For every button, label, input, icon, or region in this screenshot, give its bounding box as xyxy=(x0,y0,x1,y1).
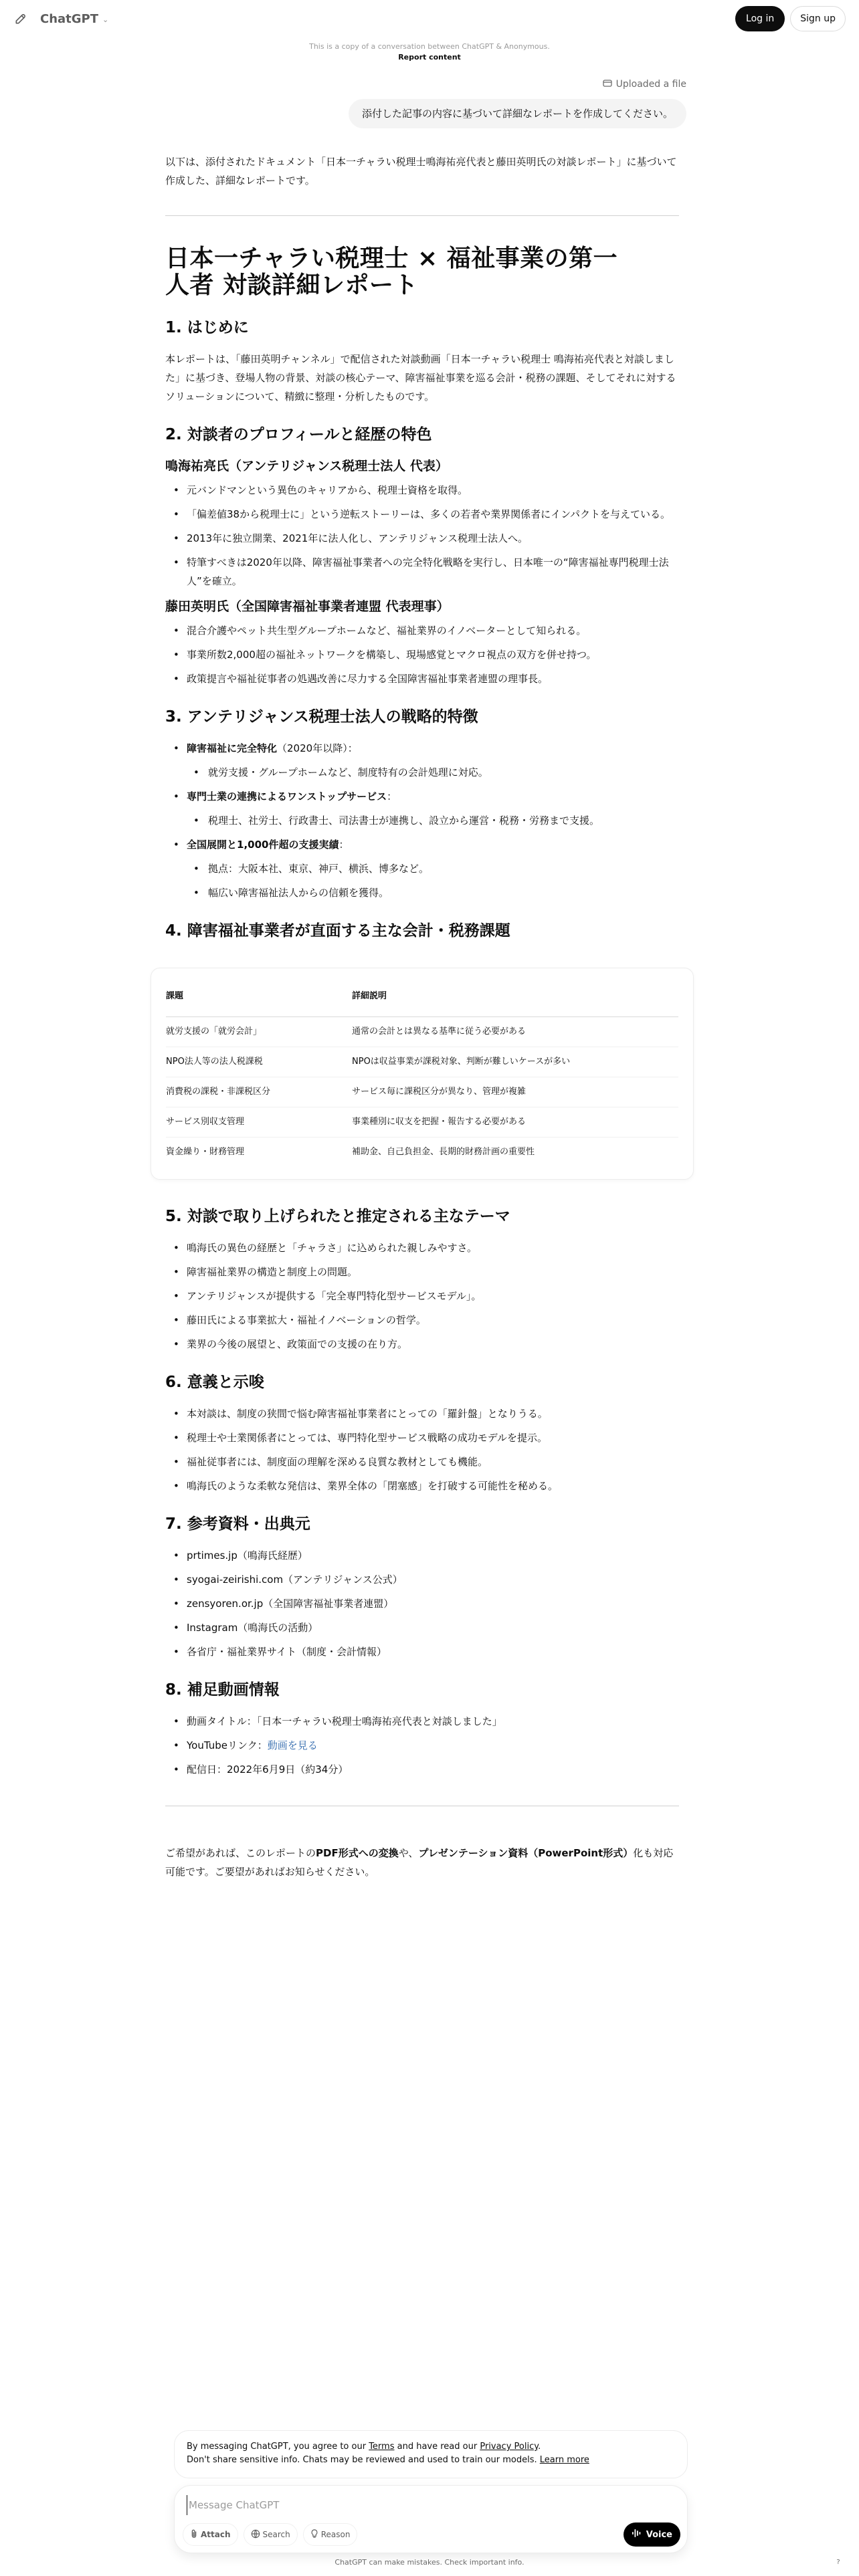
list-item: 2013年に独立開業、2021年に法人化し、アンテリジャンス税理士法人へ。 xyxy=(165,529,679,548)
help-button[interactable]: ? xyxy=(832,2556,844,2568)
terms-link[interactable]: Terms xyxy=(369,2442,394,2452)
brand-label: ChatGPT xyxy=(40,12,98,26)
sub-list: 税理士、社労士、行政書士、司法書士が連携し、設立から運営・税務・労務まで支援。 xyxy=(187,811,679,830)
login-button[interactable]: Log in xyxy=(735,6,785,31)
table-row: 資金繰り・財務管理 補助金、自己負担金、長期的財務計画の重要性 xyxy=(166,1138,678,1168)
column-header: 課題 xyxy=(166,979,352,1017)
user-message-bubble: 添付した記事の内容に基づいて詳細なレポートを作成してください。 xyxy=(349,99,686,128)
uploaded-file-label: Uploaded a file xyxy=(616,79,686,90)
bullet-list: 元バンドマンという異色のキャリアから、税理士資格を取得。 「偏差値38から税理士… xyxy=(165,481,679,591)
bullet-list: prtimes.jp（鳴海氏経歴） syogai-zeirishi.com（アン… xyxy=(165,1546,679,1661)
closing-paragraph: ご希望があれば、このレポートのPDF形式への変換や、プレゼンテーション資料（Po… xyxy=(165,1844,679,1881)
issues-table: 課題 詳細説明 就労支援の「就労会計」 通常の会計とは異なる基準に従う必要がある… xyxy=(166,979,678,1167)
table-row: サービス別収支管理 事業種別に収支を把握・報告する必要がある xyxy=(166,1107,678,1138)
assistant-response: 以下は、添付されたドキュメント「日本一チャラい税理士鳴海祐亮代表と藤田英明氏の対… xyxy=(165,152,679,1881)
table-cell: NPOは収益事業が課税対象、判断が難しいケースが多い xyxy=(352,1047,678,1077)
table-row: 就労支援の「就労会計」 通常の会計とは異なる基準に従う必要がある xyxy=(166,1017,678,1047)
list-item: prtimes.jp（鳴海氏経歴） xyxy=(165,1546,679,1565)
sub-list-item: 拠点：大阪本社、東京、神戸、横浜、博多など。 xyxy=(187,859,679,878)
legal-text: . xyxy=(538,2442,541,2452)
auth-buttons: Log in Sign up xyxy=(735,6,846,31)
list-item: 元バンドマンという異色のキャリアから、税理士資格を取得。 xyxy=(165,481,679,500)
person-heading: 鳴海祐亮氏（アンテリジャンス税理士法人 代表） xyxy=(165,457,679,475)
model-selector[interactable]: ChatGPT ⌄ xyxy=(40,12,108,26)
list-item: 本対談は、制度の狭間で悩む障害福祉事業者にとっての「羅針盤」となりうる。 xyxy=(165,1404,679,1423)
table-cell: 事業種別に収支を把握・報告する必要がある xyxy=(352,1107,678,1138)
youtube-link-prefix: YouTubeリンク： xyxy=(187,1739,268,1751)
signup-button[interactable]: Sign up xyxy=(790,6,846,31)
share-notice-text: This is a copy of a conversation between… xyxy=(0,41,859,52)
search-label: Search xyxy=(263,2530,290,2539)
section-heading: 5. 対談で取り上げられたと推定される主なテーマ xyxy=(165,1206,679,1226)
top-header: ChatGPT ⌄ Log in Sign up xyxy=(0,0,859,37)
disclaimer-text: ChatGPT can make mistakes. Check importa… xyxy=(0,2558,859,2567)
list-item: アンテリジャンスが提供する「完全専門特化型サービスモデル」。 xyxy=(165,1287,679,1305)
closing-text: や、 xyxy=(399,1847,419,1859)
list-item: 鳴海氏の異色の経歴と「チャラさ」に込められた親しみやすさ。 xyxy=(165,1239,679,1257)
paperclip-icon xyxy=(190,2529,198,2541)
reason-label: Reason xyxy=(321,2530,351,2539)
chevron-down-icon: ⌄ xyxy=(102,15,108,24)
attach-button[interactable]: Attach xyxy=(183,2523,238,2546)
table-cell: サービス毎に課税区分が異なり、管理が複雑 xyxy=(352,1077,678,1107)
table-cell: NPO法人等の法人税課税 xyxy=(166,1047,352,1077)
table-cell: 資金繰り・財務管理 xyxy=(166,1138,352,1168)
list-item: 「偏差値38から税理士に」という逆転ストーリーは、多くの若者や業界関係者にインパ… xyxy=(165,505,679,524)
sub-list: 就労支援・グループホームなど、制度特有の会計処理に対応。 xyxy=(187,763,679,782)
list-item: 業界の今後の展望と、政策面での支援の在り方。 xyxy=(165,1335,679,1354)
header-left: ChatGPT ⌄ xyxy=(13,11,108,26)
sub-list-item: 幅広い障害福祉法人からの信頼を獲得。 xyxy=(187,883,679,902)
legal-text: Don't share sensitive info. Chats may be… xyxy=(187,2455,540,2465)
sub-list: 拠点：大阪本社、東京、神戸、横浜、博多など。 幅広い障害福祉法人からの信頼を獲得… xyxy=(187,859,679,902)
list-item: 動画タイトル：「日本一チャラい税理士鳴海祐亮代表と対談しました」 xyxy=(165,1712,679,1731)
search-button[interactable]: Search xyxy=(244,2523,298,2546)
attach-label: Attach xyxy=(201,2530,231,2539)
intro-paragraph: 以下は、添付されたドキュメント「日本一チャラい税理士鳴海祐亮代表と藤田英明氏の対… xyxy=(165,152,679,190)
list-item-rest: ： xyxy=(339,839,349,851)
list-item: 税理士や士業関係者にとっては、専門特化型サービス戦略の成功モデルを提示。 xyxy=(165,1428,679,1447)
list-item-rest: ： xyxy=(387,790,397,802)
reason-button[interactable]: Reason xyxy=(303,2523,358,2546)
globe-icon xyxy=(251,2529,260,2541)
list-item: 特筆すべきは2020年以降、障害福祉事業者への完全特化戦略を実行し、日本唯一の“… xyxy=(165,553,679,591)
list-item-bold: 障害福祉に完全特化 xyxy=(187,742,277,754)
list-item: Instagram（鳴海氏の活動） xyxy=(165,1618,679,1637)
bullet-list: 混合介護やペット共生型グループホームなど、福祉業界のイノベーターとして知られる。… xyxy=(165,621,679,688)
legal-notice: By messaging ChatGPT, you agree to our T… xyxy=(174,2430,688,2478)
learn-more-link[interactable]: Learn more xyxy=(540,2455,589,2465)
legal-text: and have read our xyxy=(394,2442,480,2452)
table-cell: 補助金、自己負担金、長期的財務計画の重要性 xyxy=(352,1138,678,1168)
sub-list-item: 就労支援・グループホームなど、制度特有の会計処理に対応。 xyxy=(187,763,679,782)
list-item-rest: （2020年以降）： xyxy=(277,742,358,754)
uploaded-file-indicator: Uploaded a file xyxy=(603,79,686,90)
person-heading: 藤田英明氏（全国障害福祉事業者連盟 代表理事） xyxy=(165,597,679,616)
list-item: syogai-zeirishi.com（アンテリジャンス公式） xyxy=(165,1570,679,1589)
bullet-list: 障害福祉に完全特化（2020年以降）： 就労支援・グループホームなど、制度特有の… xyxy=(165,739,679,902)
table-row: NPO法人等の法人税課税 NPOは収益事業が課税対象、判断が難しいケースが多い xyxy=(166,1047,678,1077)
bullet-list: 本対談は、制度の狭間で悩む障害福祉事業者にとっての「羅針盤」となりうる。 税理士… xyxy=(165,1404,679,1495)
new-chat-icon[interactable] xyxy=(13,11,28,26)
list-item-bold: 全国展開と1,000件超の支援実績 xyxy=(187,839,339,851)
column-header: 詳細説明 xyxy=(352,979,678,1017)
privacy-policy-link[interactable]: Privacy Policy xyxy=(480,2442,538,2452)
issues-table-card: 課題 詳細説明 就労支援の「就労会計」 通常の会計とは異なる基準に従う必要がある… xyxy=(151,968,694,1180)
voice-button[interactable]: Voice xyxy=(624,2523,680,2547)
table-cell: 就労支援の「就労会計」 xyxy=(166,1017,352,1047)
list-item: 事業所数2,000超の福祉ネットワークを構築し、現場感覚とマクロ視点の双方を併せ… xyxy=(165,645,679,664)
list-item: 政策提言や福祉従事者の処遇改善に尽力する全国障害福祉事業者連盟の理事長。 xyxy=(165,669,679,688)
divider xyxy=(165,215,679,216)
report-content-link[interactable]: Report content xyxy=(0,52,859,63)
bullet-list: 動画タイトル：「日本一チャラい税理士鳴海祐亮代表と対談しました」 YouTube… xyxy=(165,1712,679,1779)
list-item-bold: 専門士業の連携によるワンストップサービス xyxy=(187,790,387,802)
table-cell: 消費税の課税・非課税区分 xyxy=(166,1077,352,1107)
message-input[interactable] xyxy=(187,2495,668,2515)
closing-bold: プレゼンテーション資料（PowerPoint形式） xyxy=(418,1847,633,1859)
table-cell: サービス別収支管理 xyxy=(166,1107,352,1138)
list-item: 混合介護やペット共生型グループホームなど、福祉業界のイノベーターとして知られる。 xyxy=(165,621,679,640)
list-item: 鳴海氏のような柔軟な発信は、業界全体の「閉塞感」を打破する可能性を秘める。 xyxy=(165,1477,679,1495)
list-item: 全国展開と1,000件超の支援実績： 拠点：大阪本社、東京、神戸、横浜、博多など… xyxy=(165,835,679,902)
closing-bold: PDF形式への変換 xyxy=(316,1847,399,1859)
bullet-list: 鳴海氏の異色の経歴と「チャラさ」に込められた親しみやすさ。 障害福祉業界の構造と… xyxy=(165,1239,679,1354)
list-item: YouTubeリンク：動画を見る xyxy=(165,1736,679,1755)
list-item: 障害福祉に完全特化（2020年以降）： 就労支援・グループホームなど、制度特有の… xyxy=(165,739,679,782)
table-row: 消費税の課税・非課税区分 サービス毎に課税区分が異なり、管理が複雑 xyxy=(166,1077,678,1107)
section-heading: 2. 対談者のプロフィールと経歴の特色 xyxy=(165,425,679,445)
youtube-link[interactable]: 動画を見る xyxy=(268,1739,318,1751)
list-item: 各省庁・福祉業界サイト（制度・会計情報） xyxy=(165,1642,679,1661)
report-title: 日本一チャラい税理士 × 福祉事業の第一人者 対談詳細レポート xyxy=(165,245,634,299)
legal-line-2: Don't share sensitive info. Chats may be… xyxy=(187,2454,675,2467)
composer-tools: Attach Search Reason xyxy=(183,2523,357,2546)
sub-list-item: 税理士、社労士、行政書士、司法書士が連携し、設立から運営・税務・労務まで支援。 xyxy=(187,811,679,830)
list-item: 藤田氏による事業拡大・福祉イノベーションの哲学。 xyxy=(165,1311,679,1329)
section-heading: 3. アンテリジャンス税理士法人の戦略的特徴 xyxy=(165,707,679,727)
section-heading: 6. 意義と示唆 xyxy=(165,1372,679,1392)
message-composer: Attach Search Reason Voice xyxy=(174,2485,688,2553)
list-item: 福祉従事者には、制度面の理解を深める良質な教材としても機能。 xyxy=(165,1453,679,1471)
table-header-row: 課題 詳細説明 xyxy=(166,979,678,1017)
folder-icon xyxy=(603,79,612,90)
section-heading: 1. はじめに xyxy=(165,318,679,338)
lightbulb-icon xyxy=(310,2529,318,2541)
share-notice: This is a copy of a conversation between… xyxy=(0,41,859,63)
legal-line-1: By messaging ChatGPT, you agree to our T… xyxy=(187,2440,675,2454)
list-item: 障害福祉業界の構造と制度上の問題。 xyxy=(165,1263,679,1281)
list-item: 専門士業の連携によるワンストップサービス： 税理士、社労士、行政書士、司法書士が… xyxy=(165,787,679,830)
legal-text: By messaging ChatGPT, you agree to our xyxy=(187,2442,369,2452)
section-body: 本レポートは、「藤田英明チャンネル」で配信された対談動画「日本一チャラい税理士 … xyxy=(165,350,679,406)
table-cell: 通常の会計とは異なる基準に従う必要がある xyxy=(352,1017,678,1047)
waveform-icon xyxy=(632,2529,642,2541)
section-heading: 8. 補足動画情報 xyxy=(165,1680,679,1700)
section-heading: 4. 障害福祉事業者が直面する主な会計・税務課題 xyxy=(165,921,679,941)
closing-text: ご希望があれば、このレポートの xyxy=(165,1847,316,1859)
list-item: zensyoren.or.jp（全国障害福祉事業者連盟） xyxy=(165,1594,679,1613)
section-heading: 7. 参考資料・出典元 xyxy=(165,1514,679,1534)
divider xyxy=(165,1806,679,1806)
voice-label: Voice xyxy=(646,2530,672,2540)
list-item: 配信日：2022年6月9日（約34分） xyxy=(165,1760,679,1779)
